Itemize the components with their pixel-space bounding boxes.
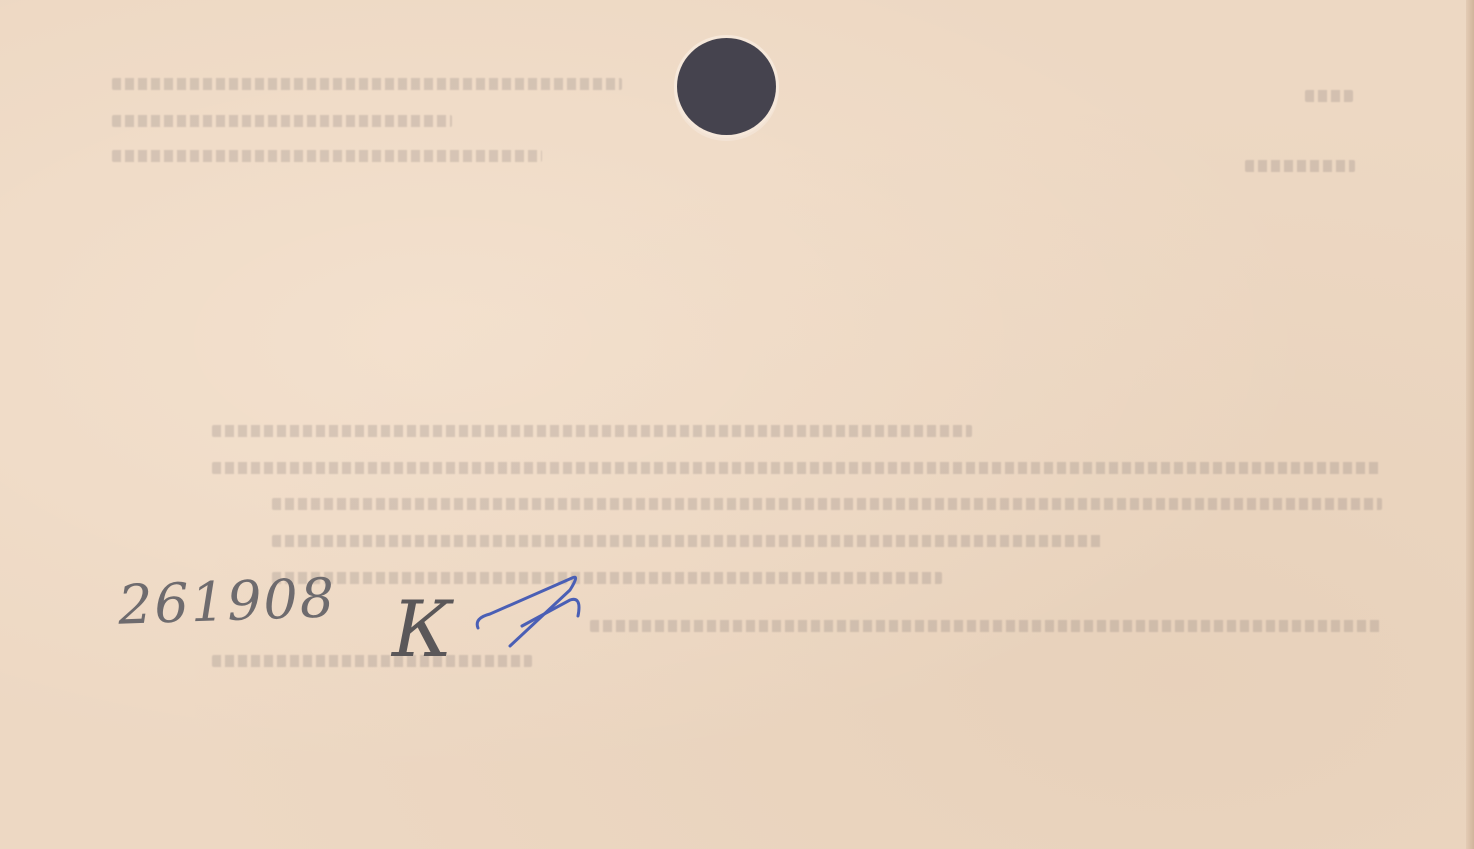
ink-flourish-icon — [470, 570, 590, 650]
bleed-through-line — [272, 535, 1102, 547]
bleed-through-line — [212, 462, 1382, 474]
card-edge — [1466, 0, 1474, 849]
bleed-through-line — [590, 620, 1380, 632]
bleed-through-line — [112, 115, 452, 127]
bleed-through-line — [1245, 160, 1355, 172]
bleed-through-line — [1305, 90, 1353, 102]
bleed-through-line — [212, 655, 532, 667]
catalog-card: 261908 К — [0, 0, 1474, 849]
bleed-through-line — [272, 498, 1382, 510]
bleed-through-line — [272, 572, 942, 584]
bleed-through-line — [112, 150, 542, 162]
bleed-through-line — [212, 425, 972, 437]
punch-hole — [677, 38, 776, 135]
handwritten-letter: К — [392, 585, 452, 675]
inventory-number: 261908 — [117, 566, 337, 637]
bleed-through-line — [112, 78, 622, 90]
